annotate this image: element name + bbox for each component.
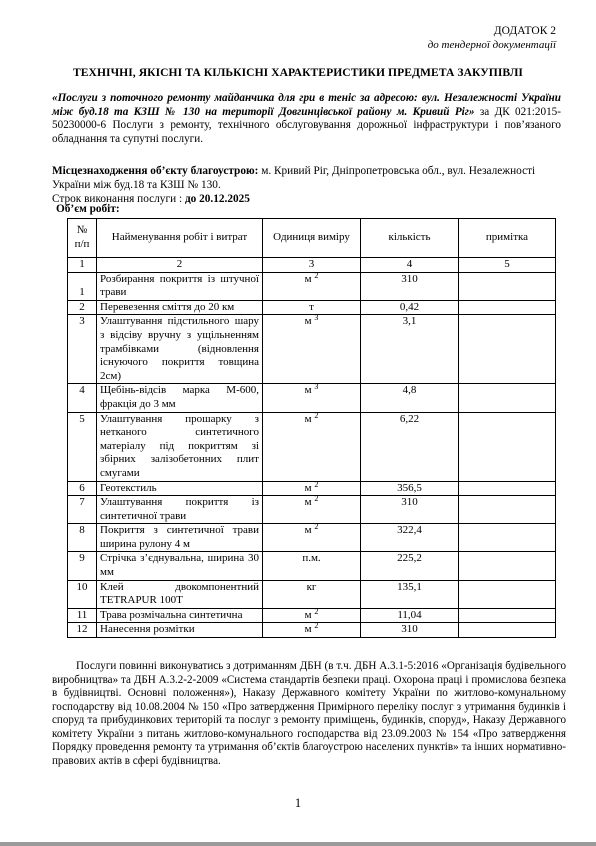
header-name: Найменування робіт і витрат xyxy=(97,219,263,258)
index-cell: 4 xyxy=(361,258,459,273)
note-cell xyxy=(459,272,556,300)
notes-paragraph: Послуги повинні виконуватись з дотриманн… xyxy=(52,660,566,768)
note-cell xyxy=(459,580,556,608)
unit-exponent: 3 xyxy=(314,382,318,391)
row-number: 1 xyxy=(68,272,97,300)
row-number: 2 xyxy=(68,300,97,315)
column-index-row: 1 2 3 4 5 xyxy=(68,258,556,273)
quantity-cell: 3,1 xyxy=(361,315,459,384)
work-name: Трава розмічальна синтетична xyxy=(97,608,263,623)
row-number: 11 xyxy=(68,608,97,623)
quantity-cell: 356,5 xyxy=(361,481,459,496)
index-cell: 2 xyxy=(97,258,263,273)
table-row: 4Щебінь-відсів марка М-600, фракція до 3… xyxy=(68,384,556,412)
quantity-cell: 6,22 xyxy=(361,412,459,481)
table-row: 2Перевезення сміття до 20 кмт0,42 xyxy=(68,300,556,315)
unit-cell: м 3 xyxy=(263,384,361,412)
page-number: 1 xyxy=(0,796,596,811)
quantity-cell: 135,1 xyxy=(361,580,459,608)
index-cell: 1 xyxy=(68,258,97,273)
unit-exponent: 3 xyxy=(314,313,318,322)
table-row: 12Нанесення розмітким 2310 xyxy=(68,623,556,638)
unit-value: м xyxy=(305,496,312,508)
unit-exponent: 2 xyxy=(314,480,318,489)
quantity-cell: 4,8 xyxy=(361,384,459,412)
header-number: № п/п xyxy=(68,219,97,258)
unit-cell: т xyxy=(263,300,361,315)
unit-cell: м 2 xyxy=(263,608,361,623)
scope-label: Об’єм робіт: xyxy=(56,203,120,215)
table-row: 8Покриття з синтетичної трави ширина рул… xyxy=(68,524,556,552)
unit-exponent: 2 xyxy=(314,621,318,630)
note-cell xyxy=(459,552,556,580)
row-number: 7 xyxy=(68,496,97,524)
unit-cell: м 2 xyxy=(263,481,361,496)
note-cell xyxy=(459,412,556,481)
work-name: Геотекстиль xyxy=(97,481,263,496)
unit-value: м xyxy=(305,609,312,621)
header-quantity: кількість xyxy=(361,219,459,258)
note-cell xyxy=(459,315,556,384)
unit-value: м xyxy=(305,273,312,285)
location-block: Місцезнаходження об’єкту благоустрою: м.… xyxy=(52,164,561,207)
unit-value: м xyxy=(305,482,312,494)
works-table: № п/п Найменування робіт і витрат Одиниц… xyxy=(67,218,556,638)
unit-value: п.м. xyxy=(302,552,320,564)
row-number: 4 xyxy=(68,384,97,412)
header-note: примітка xyxy=(459,219,556,258)
deadline-value: до 20.12.2025 xyxy=(185,193,250,205)
row-number: 12 xyxy=(68,623,97,638)
table-row: 9Стрічка з’єднувальна, ширина 30 ммп.м.2… xyxy=(68,552,556,580)
quantity-cell: 225,2 xyxy=(361,552,459,580)
quantity-cell: 310 xyxy=(361,496,459,524)
table-row: 7Улаштування покриття із синтетичної тра… xyxy=(68,496,556,524)
note-cell xyxy=(459,300,556,315)
table-row: 5Улаштування прошарку з нетканого синтет… xyxy=(68,412,556,481)
document-title: ТЕХНІЧНІ, ЯКІСНІ ТА КІЛЬКІСНІ ХАРАКТЕРИС… xyxy=(0,66,596,79)
table-row: 6Геотекстильм 2356,5 xyxy=(68,481,556,496)
note-cell xyxy=(459,608,556,623)
unit-value: кг xyxy=(307,581,317,593)
work-name: Перевезення сміття до 20 км xyxy=(97,300,263,315)
work-name: Розбирання покриття із штучної трави xyxy=(97,272,263,300)
quantity-cell: 0,42 xyxy=(361,300,459,315)
unit-cell: м 2 xyxy=(263,496,361,524)
unit-value: м xyxy=(305,384,312,396)
unit-value: м xyxy=(305,315,312,327)
quantity-cell: 11,04 xyxy=(361,608,459,623)
unit-cell: п.м. xyxy=(263,552,361,580)
compliance-notes: Послуги повинні виконуватись з дотриманн… xyxy=(52,660,566,768)
quantity-cell: 310 xyxy=(361,623,459,638)
work-name: Стрічка з’єднувальна, ширина 30 мм xyxy=(97,552,263,580)
unit-exponent: 2 xyxy=(314,271,318,280)
row-number: 6 xyxy=(68,481,97,496)
quantity-cell: 322,4 xyxy=(361,524,459,552)
table-header-row: № п/п Найменування робіт і витрат Одиниц… xyxy=(68,219,556,258)
note-cell xyxy=(459,481,556,496)
index-cell: 5 xyxy=(459,258,556,273)
unit-cell: м 2 xyxy=(263,623,361,638)
note-cell xyxy=(459,623,556,638)
unit-exponent: 2 xyxy=(314,607,318,616)
table-row: 11Трава розмічальна синтетичнам 211,04 xyxy=(68,608,556,623)
page-bottom-edge xyxy=(0,842,596,846)
unit-cell: м 2 xyxy=(263,272,361,300)
row-number: 10 xyxy=(68,580,97,608)
unit-cell: кг xyxy=(263,580,361,608)
note-cell xyxy=(459,384,556,412)
work-name: Улаштування підстильного шару з відсіву … xyxy=(97,315,263,384)
unit-cell: м 2 xyxy=(263,412,361,481)
unit-cell: м 2 xyxy=(263,524,361,552)
unit-exponent: 2 xyxy=(314,522,318,531)
work-name: Клей двокомпонентний TETRAPUR 100T xyxy=(97,580,263,608)
table-row: 3Улаштування підстильного шару з відсіву… xyxy=(68,315,556,384)
work-name: Покриття з синтетичної трави ширина руло… xyxy=(97,524,263,552)
unit-value: т xyxy=(309,301,314,313)
unit-cell: м 3 xyxy=(263,315,361,384)
note-cell xyxy=(459,524,556,552)
row-number: 5 xyxy=(68,412,97,481)
unit-value: м xyxy=(305,524,312,536)
row-number: 9 xyxy=(68,552,97,580)
addendum-block: ДОДАТОК 2 до тендерної документації xyxy=(428,24,556,52)
work-name: Нанесення розмітки xyxy=(97,623,263,638)
unit-value: м xyxy=(305,413,312,425)
note-cell xyxy=(459,496,556,524)
row-number: 3 xyxy=(68,315,97,384)
unit-value: м xyxy=(305,623,312,635)
addendum-subtitle: до тендерної документації xyxy=(428,38,556,52)
quantity-cell: 310 xyxy=(361,272,459,300)
unit-exponent: 2 xyxy=(314,494,318,503)
work-name: Улаштування прошарку з нетканого синтети… xyxy=(97,412,263,481)
header-unit: Одиниця виміру xyxy=(263,219,361,258)
work-name: Щебінь-відсів марка М-600, фракція до 3 … xyxy=(97,384,263,412)
addendum-title: ДОДАТОК 2 xyxy=(428,24,556,38)
table-row: 1Розбирання покриття із штучної травим 2… xyxy=(68,272,556,300)
table-row: 10Клей двокомпонентний TETRAPUR 100Tкг13… xyxy=(68,580,556,608)
index-cell: 3 xyxy=(263,258,361,273)
location-label: Місцезнаходження об’єкту благоустрою: xyxy=(52,165,258,177)
procurement-subject: «Послуги з поточного ремонту майданчика … xyxy=(52,92,561,146)
work-name: Улаштування покриття із синтетичної трав… xyxy=(97,496,263,524)
document-page: ДОДАТОК 2 до тендерної документації ТЕХН… xyxy=(0,0,596,842)
row-number: 8 xyxy=(68,524,97,552)
unit-exponent: 2 xyxy=(314,411,318,420)
